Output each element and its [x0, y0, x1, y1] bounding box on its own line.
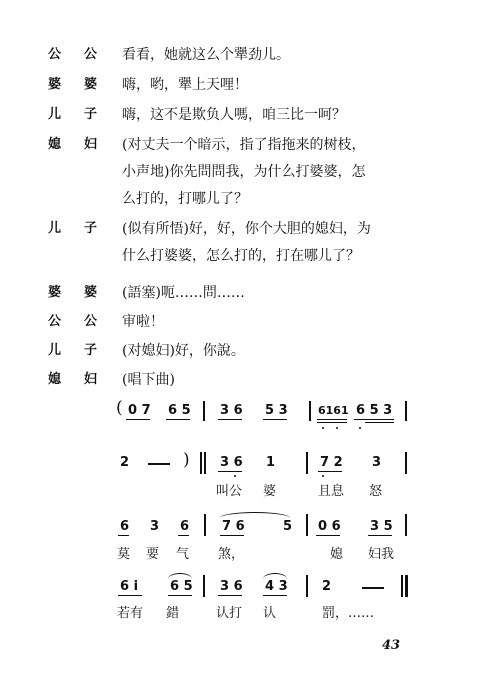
- lyric: 气: [176, 548, 189, 562]
- note: 6: [180, 520, 189, 534]
- final-bar-line: [401, 575, 403, 597]
- note: 5: [283, 520, 292, 534]
- low-octave-dot: [359, 427, 361, 429]
- note-group: 3 6: [220, 580, 243, 594]
- bar-line: [405, 452, 407, 474]
- beam-line: [178, 535, 189, 536]
- note-group: 3 6: [220, 456, 243, 470]
- beam-line: [126, 419, 150, 420]
- note-group: 5 3: [265, 404, 288, 418]
- lyric: 若有: [117, 607, 143, 621]
- low-octave-dot: [336, 427, 338, 429]
- lyric: 且息: [318, 485, 344, 499]
- note-group: 6 5: [170, 580, 193, 594]
- note: 1: [266, 456, 275, 470]
- bar-line: [306, 575, 308, 597]
- note: 3: [372, 456, 381, 470]
- beam-line: [316, 535, 340, 536]
- bar-line: [203, 575, 205, 597]
- page-number: 43: [382, 638, 400, 653]
- beam-line: [263, 419, 287, 420]
- beam-line: [118, 595, 142, 596]
- lyric: 錯: [166, 607, 179, 621]
- final-bar-line: [405, 575, 408, 597]
- beam-line: [168, 595, 192, 596]
- low-octave-dot: [322, 475, 324, 477]
- close-paren: ): [183, 450, 190, 470]
- beam-line: [317, 422, 347, 423]
- note: 2: [322, 580, 331, 594]
- note-group: 7 2: [320, 456, 343, 470]
- beam-line: [365, 422, 394, 423]
- lyric: 煞，: [218, 548, 244, 562]
- hold-dash: [148, 463, 170, 465]
- note-group: 3 5: [370, 520, 393, 534]
- bar-line: [309, 401, 311, 421]
- lyric: 叫公: [216, 485, 242, 499]
- beam-line: [218, 595, 242, 596]
- beam-line: [368, 535, 392, 536]
- beam-line: [263, 595, 287, 596]
- beam-line: [220, 535, 244, 536]
- lyric: 怒: [369, 485, 382, 499]
- low-octave-dot: [322, 427, 324, 429]
- bar-line: [405, 401, 407, 421]
- lyric: 认打: [216, 607, 242, 621]
- lyric: 莫: [117, 548, 130, 562]
- beam-line: [218, 419, 242, 420]
- lyric: 认: [263, 607, 276, 621]
- note: 2: [120, 456, 129, 470]
- music-score: ( 0 7 6 5 3 6 5 3 6161 6 5 3 2 ) 3 6 1 7…: [0, 0, 490, 693]
- beam-line: [218, 471, 242, 472]
- note: 3: [150, 520, 159, 534]
- note-group: 4 3: [265, 580, 288, 594]
- beam-line: [354, 419, 394, 420]
- lyric: 婆: [263, 485, 276, 499]
- bar-line: [204, 514, 206, 536]
- low-octave-dot: [234, 475, 236, 477]
- slur: [220, 512, 290, 518]
- bar-line: [203, 401, 205, 421]
- double-bar-line: [200, 452, 202, 474]
- lyric: 妇我: [368, 548, 394, 562]
- note-group: 0 7: [128, 404, 151, 418]
- note-group: 7 6: [222, 520, 245, 534]
- lyric: 要: [146, 548, 159, 562]
- note-group: 6 i: [120, 580, 138, 594]
- note-group: 6 5 3: [356, 404, 392, 418]
- beam-line: [118, 535, 129, 536]
- lyric: 罰，……: [322, 607, 374, 621]
- note-group: 6161: [318, 404, 349, 418]
- note: 6: [120, 520, 129, 534]
- beam-line: [317, 419, 347, 420]
- note-group: 3 6: [220, 404, 243, 418]
- bar-line: [405, 514, 407, 536]
- lyric: 媳: [330, 548, 343, 562]
- open-paren: (: [116, 398, 123, 418]
- beam-line: [166, 419, 190, 420]
- bar-line: [306, 514, 308, 536]
- double-bar-line: [204, 452, 206, 474]
- beam-line: [318, 471, 342, 472]
- bar-line: [306, 452, 308, 474]
- hold-dash: [362, 587, 384, 589]
- note-group: 6 5: [168, 404, 191, 418]
- note-group: 0 6: [318, 520, 341, 534]
